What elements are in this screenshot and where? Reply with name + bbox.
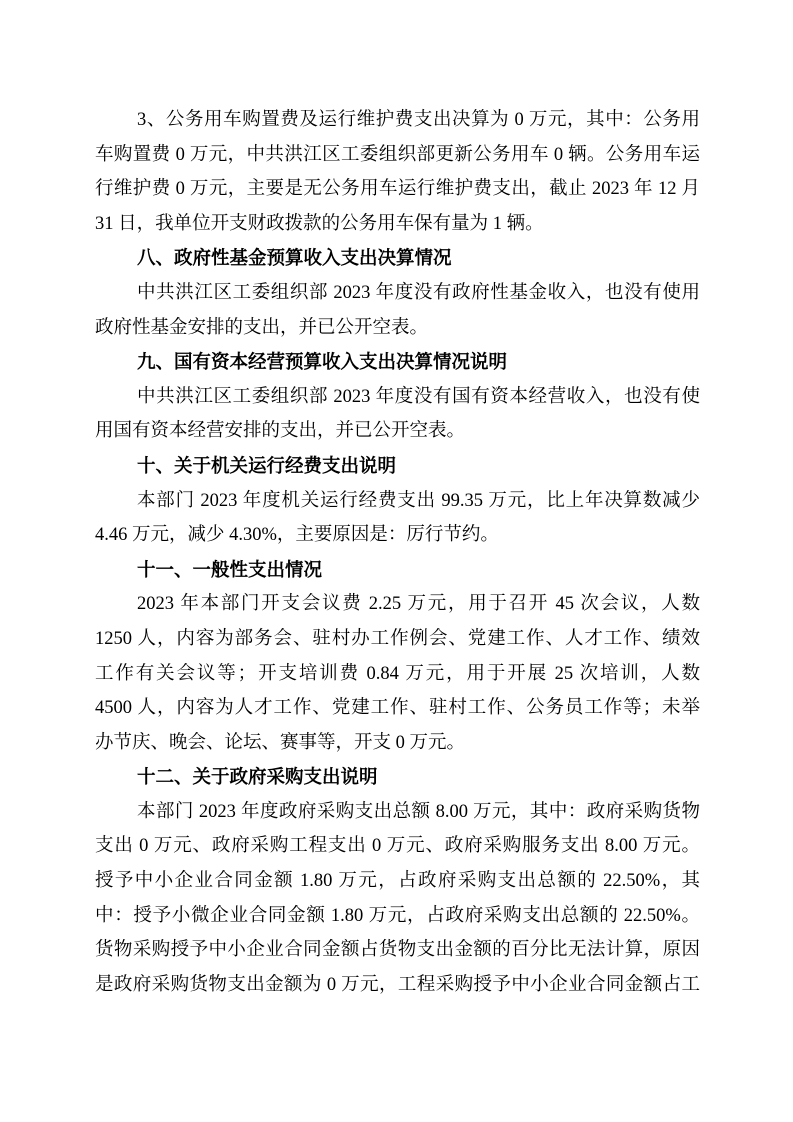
para-general-expenditure: 2023 年本部门开支会议费 2.25 万元，用于召开 45 次会议，人数125… — [95, 587, 700, 760]
heading-govt-funds: 八、政府性基金预算收入支出决算情况 — [95, 241, 700, 276]
text-line: 办节庆、晚会、论坛、赛事等，开支 0 万元。 — [95, 726, 700, 761]
text-line: 中共洪江区工委组织部 2023 年度没有国有资本经营收入，也没有使 — [95, 380, 700, 415]
text-line: 用国有资本经营安排的支出，并已公开空表。 — [95, 414, 700, 449]
text-line: 2023 年本部门开支会议费 2.25 万元，用于召开 45 次会议，人数 — [95, 587, 700, 622]
document-page: 3、公务用车购置费及运行维护费支出决算为 0 万元，其中：公务用车购置费 0 万… — [0, 0, 793, 1122]
heading-operating-expenses: 十、关于机关运行经费支出说明 — [95, 449, 700, 484]
text-line: 中共洪江区工委组织部 2023 年度没有政府性基金收入，也没有使用 — [95, 276, 700, 311]
heading-general-expenditure: 十一、一般性支出情况 — [95, 553, 700, 588]
text-line: 工作有关会议等；开支培训费 0.84 万元，用于开展 25 次培训，人数 — [95, 657, 700, 692]
para-govt-procurement: 本部门 2023 年度政府采购支出总额 8.00 万元，其中：政府采购货物支出 … — [95, 795, 700, 1003]
section-heading-text: 十一、一般性支出情况 — [95, 553, 700, 588]
text-line: 政府性基金安排的支出，并已公开空表。 — [95, 311, 700, 346]
para-operating-expenses: 本部门 2023 年度机关运行经费支出 99.35 万元，比上年决算数减少4.4… — [95, 484, 700, 553]
section-heading-text: 十二、关于政府采购支出说明 — [95, 760, 700, 795]
text-line: 本部门 2023 年度机关运行经费支出 99.35 万元，比上年决算数减少 — [95, 484, 700, 519]
section-heading-text: 九、国有资本经营预算收入支出决算情况说明 — [95, 345, 700, 380]
section-heading-text: 八、政府性基金预算收入支出决算情况 — [95, 241, 700, 276]
heading-state-capital: 九、国有资本经营预算收入支出决算情况说明 — [95, 345, 700, 380]
text-line: 行维护费 0 万元，主要是无公务用车运行维护费支出，截止 2023 年 12 月 — [95, 172, 700, 207]
document-body: 3、公务用车购置费及运行维护费支出决算为 0 万元，其中：公务用车购置费 0 万… — [95, 103, 700, 1002]
text-line: 4.46 万元，减少 4.30%，主要原因是：厉行节约。 — [95, 518, 700, 553]
text-line: 1250 人，内容为部务会、驻村办工作例会、党建工作、人才工作、绩效 — [95, 622, 700, 657]
heading-govt-procurement: 十二、关于政府采购支出说明 — [95, 760, 700, 795]
text-line: 3、公务用车购置费及运行维护费支出决算为 0 万元，其中：公务用 — [95, 103, 700, 138]
text-line: 本部门 2023 年度政府采购支出总额 8.00 万元，其中：政府采购货物 — [95, 795, 700, 830]
text-line: 授予中小企业合同金额 1.80 万元，占政府采购支出总额的 22.50%，其 — [95, 864, 700, 899]
text-line: 货物采购授予中小企业合同金额占货物支出金额的百分比无法计算，原因 — [95, 933, 700, 968]
section-heading-text: 十、关于机关运行经费支出说明 — [95, 449, 700, 484]
para-state-capital: 中共洪江区工委组织部 2023 年度没有国有资本经营收入，也没有使用国有资本经营… — [95, 380, 700, 449]
para-official-vehicles: 3、公务用车购置费及运行维护费支出决算为 0 万元，其中：公务用车购置费 0 万… — [95, 103, 700, 241]
text-line: 4500 人，内容为人才工作、党建工作、驻村工作、公务员工作等；未举 — [95, 691, 700, 726]
text-line: 中：授予小微企业合同金额 1.80 万元，占政府采购支出总额的 22.50%。 — [95, 899, 700, 934]
para-govt-funds: 中共洪江区工委组织部 2023 年度没有政府性基金收入，也没有使用政府性基金安排… — [95, 276, 700, 345]
text-line: 支出 0 万元、政府采购工程支出 0 万元、政府采购服务支出 8.00 万元。 — [95, 829, 700, 864]
text-line: 车购置费 0 万元，中共洪江区工委组织部更新公务用车 0 辆。公务用车运 — [95, 138, 700, 173]
text-line: 31 日，我单位开支财政拨款的公务用车保有量为 1 辆。 — [95, 207, 700, 242]
text-line: 是政府采购货物支出金额为 0 万元，工程采购授予中小企业合同金额占工 — [95, 968, 700, 1003]
